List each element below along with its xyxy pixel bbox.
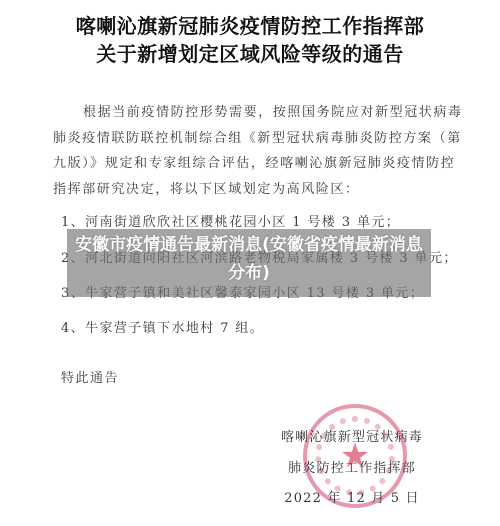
list-item: 1、河南街道欣欣社区樱桃花园小区 1 号楼 3 单元；: [61, 211, 400, 230]
signature-line1: 喀喇沁旗新型冠状病毒: [262, 426, 442, 445]
list-item: 4、牛家营子镇下水地村 7 组。: [61, 317, 264, 336]
body-line: 根据当前疫情防控形势需要，按照国务院应对新型冠状病毒: [57, 100, 467, 126]
notice-title-line1: 喀喇沁旗新冠肺炎疫情防控工作指挥部: [0, 10, 500, 39]
notice-title-line2: 关于新增划定区域风险等级的通告: [0, 38, 500, 67]
notice-date: 2022 年 12 月 5 日: [262, 487, 442, 506]
body-line: 九版）》规定和专家组综合评估，经喀喇沁旗新冠肺炎疫情防控: [53, 151, 467, 177]
caption-overlay-text: 安徽市疫情通告最新消息(安徽省疫情最新消息分布): [67, 231, 431, 287]
body-line: 指挥部研究决定，将以下区域划定为高风险区：: [53, 177, 467, 203]
closing-text: 特此通告: [61, 367, 119, 386]
body-line: 肺炎疫情联防联控机制综合组《新型冠状病毒肺炎防控方案（第: [53, 126, 467, 152]
signature-line2: 肺炎防控工作指挥部: [262, 457, 442, 476]
notice-body: 根据当前疫情防控形势需要，按照国务院应对新型冠状病毒 肺炎疫情联防联控机制综合组…: [57, 100, 467, 202]
